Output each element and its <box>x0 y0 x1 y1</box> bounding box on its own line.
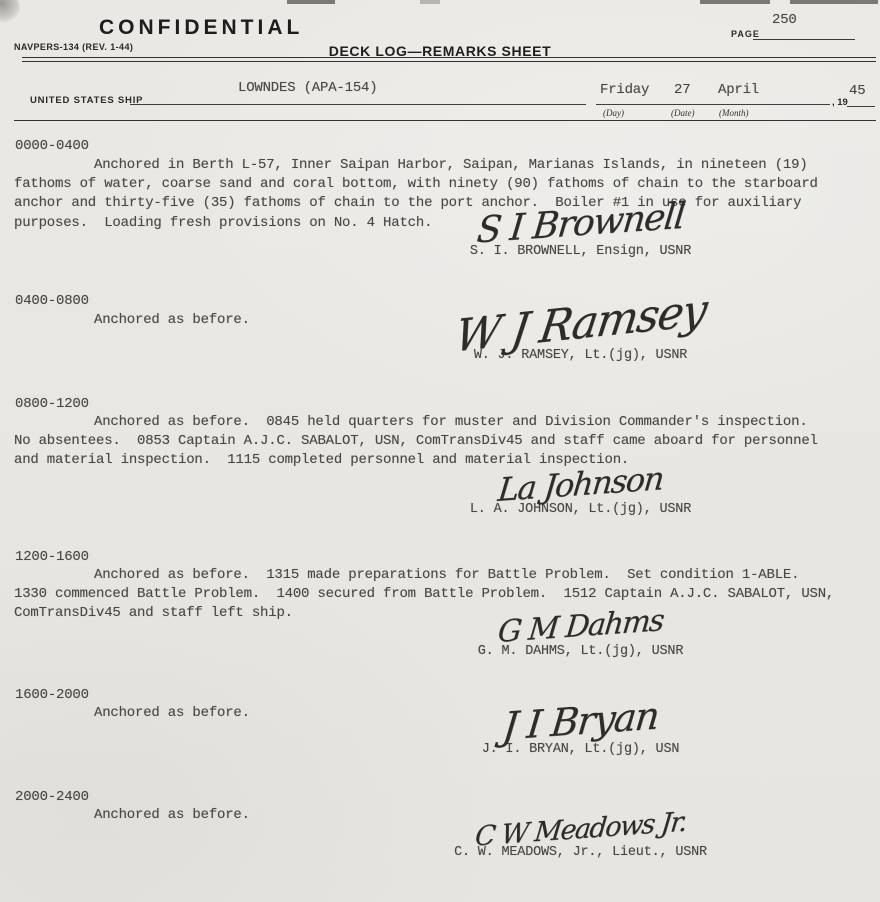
signature-block: W J Ramsey W. J. RAMSEY, Lt.(jg), USNR <box>408 302 753 363</box>
header-bottom-rule <box>14 120 876 121</box>
date-value: 27 <box>674 82 690 98</box>
day-caption: (Day) <box>603 108 624 118</box>
watch-time-range: 0800-1200 <box>15 396 89 412</box>
day-value: Friday <box>600 82 649 98</box>
watch-time-range: 0000-0400 <box>15 138 89 154</box>
signature-block: J I Bryan J. I. BRYAN, Lt.(jg), USN <box>408 702 753 757</box>
scan-edge-artifact <box>790 0 878 4</box>
date-caption: (Date) <box>671 108 695 118</box>
ship-name-rule <box>130 104 586 105</box>
classification-stamp: CONFIDENTIAL <box>99 16 303 40</box>
signature-block: S I Brownell S. I. BROWNELL, Ensign, USN… <box>408 206 753 259</box>
year-rule <box>847 106 875 107</box>
month-value: April <box>718 82 759 98</box>
ship-name: LOWNDES (APA-154) <box>238 80 377 96</box>
watch-time-range: 1600-2000 <box>15 687 89 703</box>
scan-edge-artifact <box>287 0 335 4</box>
page-label: PAGE <box>731 29 760 39</box>
double-rule <box>22 57 876 62</box>
date-rule <box>596 104 830 105</box>
scan-edge-artifact <box>420 0 440 4</box>
watch-time-range: 1200-1600 <box>15 549 89 565</box>
signature-block: G M Dahms G. M. DAHMS, Lt.(jg), USNR <box>408 612 753 659</box>
ship-label: UNITED STATES SHIP <box>30 95 143 106</box>
signature-block: La Johnson L. A. JOHNSON, Lt.(jg), USNR <box>408 468 753 517</box>
page-number-rule <box>753 39 855 40</box>
signature-block: C W Meadows Jr. C. W. MEADOWS, Jr., Lieu… <box>408 816 753 860</box>
month-caption: (Month) <box>719 108 749 118</box>
scan-edge-artifact <box>700 0 770 4</box>
watch-time-range: 0400-0800 <box>15 293 89 309</box>
year-value: 45 <box>849 83 865 99</box>
page-number: 250 <box>772 12 797 28</box>
year-prefix: , 19 <box>832 97 848 108</box>
watch-time-range: 2000-2400 <box>15 789 89 805</box>
